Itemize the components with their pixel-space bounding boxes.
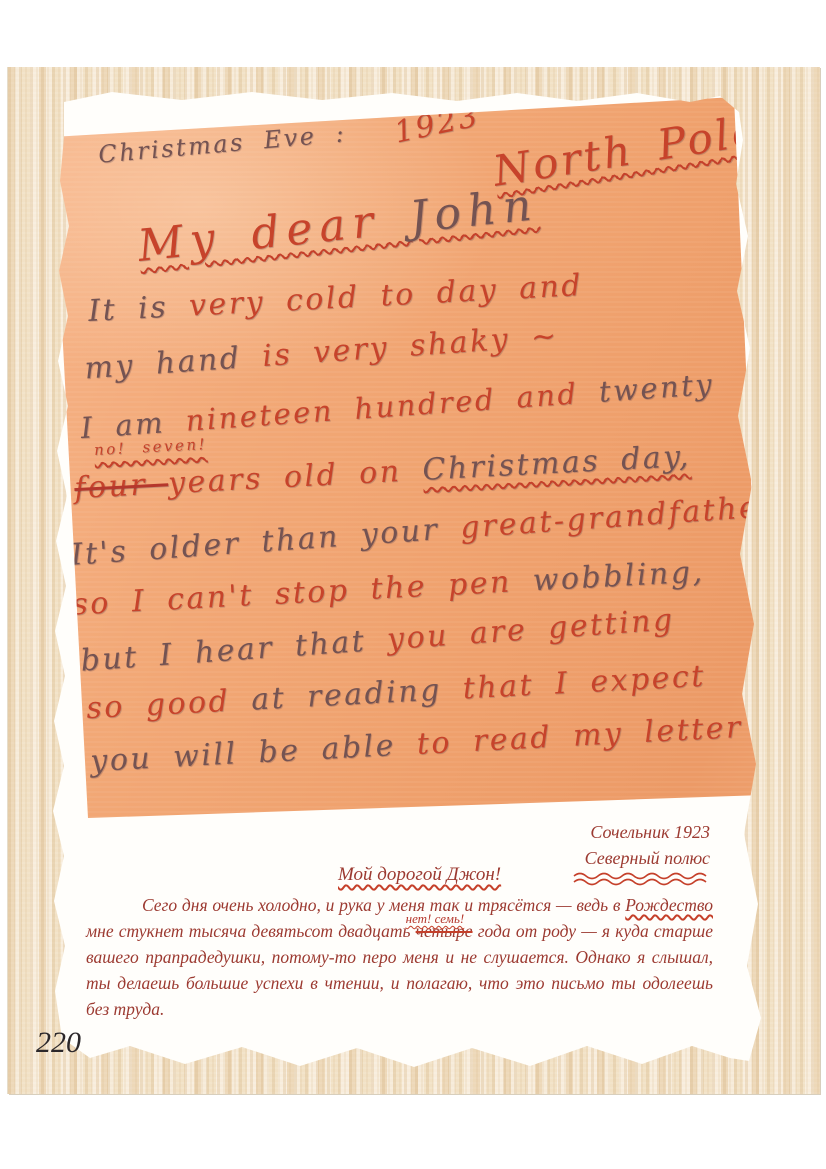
letter-handwriting-part: my hand (83, 339, 263, 386)
letter-handwriting-part: 1923 (391, 98, 483, 150)
letter-handwriting-line: my hand is very shaky ~ (84, 321, 560, 384)
letter-handwriting-part: you are getting (386, 602, 676, 657)
letter-handwriting-part: you will be able (90, 727, 418, 779)
book-page-scan: Christmas Eve :1923North PoleMy dear Joh… (0, 0, 826, 1169)
letter-handwriting-part: nineteen hundred and (184, 375, 600, 438)
letter-handwriting-part: at reading (250, 672, 463, 718)
translation-paragraph: Сего дня очень холодно, и рука у меня та… (86, 892, 713, 1022)
letter-handwriting-line: I am nineteen hundred and twenty (80, 370, 715, 443)
letter-handwriting-part: to read my letter (416, 710, 744, 762)
translation-text: мне стукнет тысяча девятьсот двадцать (86, 921, 416, 941)
letter-handwriting-part: four (73, 466, 169, 506)
double-wavy-underline-icon (572, 872, 710, 886)
letter-handwriting-part: It is (87, 289, 190, 329)
translation-place: Северный полюс (572, 845, 710, 871)
letter-handwriting-part: Christmas day, (422, 439, 692, 488)
page-number: 220 (36, 1026, 81, 1060)
letter-handwriting-part: that I expect (462, 659, 707, 707)
corrected-word: нет! семь!четыре (416, 921, 473, 941)
letter-handwriting-part: years old on (167, 453, 423, 501)
letter-handwriting-part: great-grandfather, (459, 488, 786, 546)
translation-text: ты делаешь большие успехи в чтении, и по… (86, 973, 713, 993)
letter-handwriting-line: Christmas Eve : (97, 121, 347, 167)
translation-line: мне стукнет тысяча девятьсот двадцать не… (86, 918, 713, 944)
translation-text: года от роду — я куда старше (473, 921, 713, 941)
letter-handwriting-line: It is very cold to day and (88, 271, 584, 327)
letter-handwriting-line: 1923 (392, 101, 483, 148)
letter-handwriting-line: no! seven! (94, 437, 208, 458)
translation-dateline-block: Сочельник 1923 Северный полюс (572, 819, 710, 886)
translation-line: без труда. (86, 996, 713, 1022)
letter-handwriting-part: so I can't stop the pen (71, 563, 533, 622)
letter-handwriting-part: Christmas Eve : (97, 119, 347, 169)
translation-date: Сочельник 1923 (572, 819, 710, 845)
letter-handwriting-part: twenty (598, 367, 715, 409)
letter-handwriting-line: you will be able to read my letter (90, 713, 744, 777)
translation-line: Сего дня очень холодно, и рука у меня та… (86, 892, 713, 918)
translation-text: без труда. (86, 999, 164, 1019)
translation-text: Сего дня очень холодно, и рука у меня та… (142, 895, 625, 915)
letter-handwriting-part: so good (85, 683, 252, 727)
translation-salutation: Мой дорогой Джон! (338, 864, 501, 886)
translation-line: вашего прапрадедушки, потому-то перо мен… (86, 944, 713, 970)
letter-handwriting-part: My dear (135, 193, 412, 272)
translation-line: ты делаешь большие успехи в чтении, и по… (86, 970, 713, 996)
letter-handwriting-line: My dear John (136, 183, 541, 269)
letter-handwriting-part: is very shaky ~ (261, 318, 560, 374)
letter-handwriting-part: wobbling, (532, 554, 706, 598)
letter-handwriting-part: It's older than your (70, 511, 462, 573)
letter-handwriting-part: very cold to day and (188, 268, 584, 324)
wavy-underlined-word: Рождество (625, 895, 713, 915)
letter-handwriting-part: John (407, 179, 540, 243)
letter-handwriting-part: but I hear that (79, 622, 388, 678)
interlinear-correction: нет! семь! (406, 906, 465, 932)
translation-text: вашего прапрадедушки, потому-то перо мен… (86, 947, 713, 967)
